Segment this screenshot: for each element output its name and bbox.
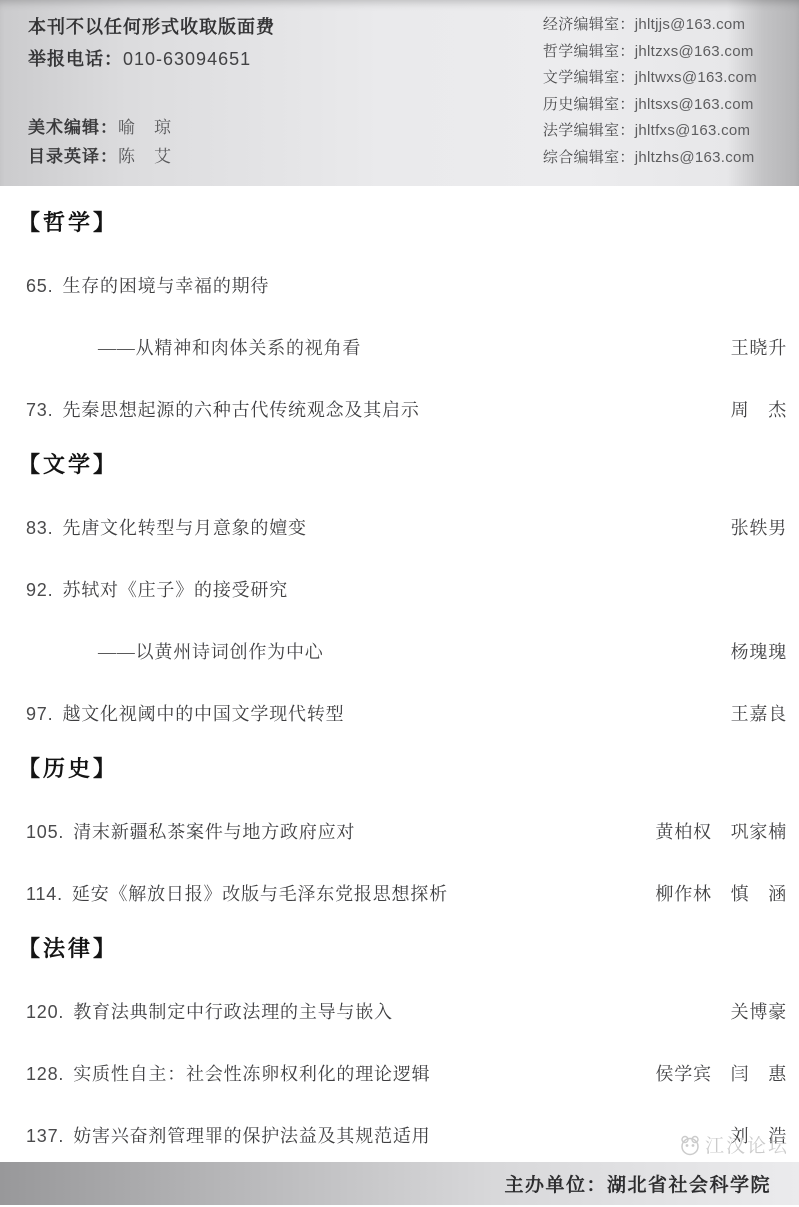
staff-block: 美术编辑：喻 琼 目录英译：陈 艾	[28, 113, 275, 171]
toc-subtitle-row: ——以黄州诗词创作为中心杨瑰瑰	[26, 638, 787, 666]
article-subtitle: ——以黄州诗词创作为中心	[26, 638, 324, 666]
article-entry: 92.苏轼对《庄子》的接受研究	[26, 576, 288, 604]
editorial-email-line-6: 综合编辑室：jhltzhs@163.com	[543, 150, 757, 166]
article-entry: 105.清末新疆私茶案件与地方政府应对	[26, 818, 355, 846]
editorial-email-line-1: 经济编辑室：jhltjjs@163.com	[543, 17, 757, 33]
email-address: jhltzhs@163.com	[635, 149, 755, 166]
article-title: 苏轼对《庄子》的接受研究	[62, 580, 288, 600]
article-title: 妨害兴奋剂管理罪的保护法益及其规范适用	[73, 1126, 430, 1146]
section-heading-law: 【法律】	[18, 934, 787, 964]
table-of-contents: 【哲学】65.生存的困境与幸福的期待——从精神和肉体关系的视角看王晓升73.先秦…	[0, 208, 799, 1150]
article-entry: 128.实质性自主：社会性冻卵权利化的理论逻辑	[26, 1060, 430, 1088]
article-entry: 114.延安《解放日报》改版与毛泽东党报思想探析	[26, 880, 448, 908]
organizer-text: 主办单位：湖北省社会科学院	[504, 1170, 771, 1197]
article-title: 实质性自主：社会性冻卵权利化的理论逻辑	[73, 1064, 430, 1084]
article-title: 教育法典制定中行政法理的主导与嵌入	[73, 1002, 393, 1022]
article-subtitle: ——从精神和肉体关系的视角看	[26, 334, 361, 362]
email-room-label: 历史编辑室：	[543, 96, 635, 113]
article-title: 生存的困境与幸福的期待	[62, 276, 269, 296]
article-title: 越文化视阈中的中国文学现代转型	[62, 704, 344, 724]
art-editor-name: 喻 琼	[118, 118, 172, 137]
report-phone-number: 010-63094651	[123, 49, 251, 69]
email-address: jhltzxs@163.com	[635, 43, 754, 60]
toc-item-row: 137.妨害兴奋剂管理罪的保护法益及其规范适用刘 浩	[26, 1122, 787, 1150]
article-entry: 137.妨害兴奋剂管理罪的保护法益及其规范适用	[26, 1122, 430, 1150]
toc-item-row: 105.清末新疆私茶案件与地方政府应对黄柏权 巩家楠	[26, 818, 787, 846]
article-entry: 83.先唐文化转型与月意象的嬗变	[26, 514, 307, 542]
article-page-number: 114.	[26, 884, 63, 904]
email-address: jhltwxs@163.com	[635, 69, 757, 86]
journal-toc-page: 本刊不以任何形式收取版面费 举报电话：010-63094651 美术编辑：喻 琼…	[0, 0, 799, 1207]
article-page-number: 128.	[26, 1064, 64, 1084]
email-address: jhltjjs@163.com	[635, 16, 746, 33]
article-entry: 120.教育法典制定中行政法理的主导与嵌入	[26, 998, 393, 1026]
article-page-number: 137.	[26, 1126, 64, 1146]
toc-subtitle-row: ——从精神和肉体关系的视角看王晓升	[26, 334, 787, 362]
toc-item-row: 73.先秦思想起源的六种古代传统观念及其启示周 杰	[26, 396, 787, 424]
toc-item-row: 92.苏轼对《庄子》的接受研究	[26, 576, 787, 604]
art-editor-label: 美术编辑：	[28, 118, 118, 137]
article-page-number: 105.	[26, 822, 64, 842]
article-title: 延安《解放日报》改版与毛泽东党报思想探析	[72, 884, 448, 904]
art-editor-line: 美术编辑：喻 琼	[28, 113, 275, 142]
toc-item-row: 97.越文化视阈中的中国文学现代转型王嘉良	[26, 700, 787, 728]
section-heading-literature: 【文学】	[18, 450, 787, 480]
toc-translator-name: 陈 艾	[118, 147, 172, 166]
toc-translator-line: 目录英译：陈 艾	[28, 142, 275, 171]
editorial-email-line-3: 文学编辑室：jhltwxs@163.com	[543, 70, 757, 86]
editorial-email-line-2: 哲学编辑室：jhltzxs@163.com	[543, 44, 757, 60]
email-room-label: 法学编辑室：	[543, 122, 635, 139]
email-room-label: 综合编辑室：	[543, 149, 635, 166]
article-authors: 刘 浩	[711, 1122, 787, 1150]
article-authors: 周 杰	[711, 396, 787, 424]
masthead: 本刊不以任何形式收取版面费 举报电话：010-63094651 美术编辑：喻 琼…	[0, 0, 799, 186]
article-authors: 王晓升	[711, 334, 787, 362]
toc-item-row: 114.延安《解放日报》改版与毛泽东党报思想探析柳作林 慎 涵	[26, 880, 787, 908]
article-page-number: 92.	[26, 580, 53, 600]
article-page-number: 65.	[26, 276, 53, 296]
article-authors: 杨瑰瑰	[711, 638, 787, 666]
article-title: 清末新疆私茶案件与地方政府应对	[73, 822, 355, 842]
editorial-emails: 经济编辑室：jhltjjs@163.com哲学编辑室：jhltzxs@163.c…	[543, 17, 757, 176]
toc-item-row: 65.生存的困境与幸福的期待	[26, 272, 787, 300]
email-address: jhltsxs@163.com	[635, 96, 754, 113]
email-room-label: 哲学编辑室：	[543, 43, 635, 60]
article-title: 先秦思想起源的六种古代传统观念及其启示	[62, 400, 419, 420]
report-phone-line: 举报电话：010-63094651	[28, 47, 275, 71]
article-authors: 侯学宾 闫 惠	[635, 1060, 787, 1088]
article-authors: 王嘉良	[711, 700, 787, 728]
no-fee-notice: 本刊不以任何形式收取版面费	[28, 15, 275, 39]
article-title: 先唐文化转型与月意象的嬗变	[62, 518, 306, 538]
editorial-email-line-4: 历史编辑室：jhltsxs@163.com	[543, 97, 757, 113]
toc-item-row: 83.先唐文化转型与月意象的嬗变张轶男	[26, 514, 787, 542]
article-page-number: 120.	[26, 1002, 64, 1022]
section-heading-philosophy: 【哲学】	[18, 208, 787, 238]
article-entry: 65.生存的困境与幸福的期待	[26, 272, 269, 300]
article-entry: 97.越文化视阈中的中国文学现代转型	[26, 700, 344, 728]
editorial-email-line-5: 法学编辑室：jhltfxs@163.com	[543, 123, 757, 139]
email-room-label: 经济编辑室：	[543, 16, 635, 33]
article-entry: 73.先秦思想起源的六种古代传统观念及其启示	[26, 396, 420, 424]
section-heading-history: 【历史】	[18, 754, 787, 784]
article-authors: 张轶男	[711, 514, 787, 542]
report-phone-label: 举报电话：	[28, 49, 123, 69]
email-room-label: 文学编辑室：	[543, 69, 635, 86]
article-authors: 柳作林 慎 涵	[635, 880, 787, 908]
article-page-number: 73.	[26, 400, 53, 420]
toc-item-row: 128.实质性自主：社会性冻卵权利化的理论逻辑侯学宾 闫 惠	[26, 1060, 787, 1088]
masthead-left: 本刊不以任何形式收取版面费 举报电话：010-63094651 美术编辑：喻 琼…	[28, 15, 275, 171]
article-authors: 关博豪	[711, 998, 787, 1026]
toc-item-row: 120.教育法典制定中行政法理的主导与嵌入关博豪	[26, 998, 787, 1026]
article-page-number: 83.	[26, 518, 53, 538]
footer-bar: 主办单位：湖北省社会科学院	[0, 1162, 799, 1205]
article-authors: 黄柏权 巩家楠	[635, 818, 787, 846]
email-address: jhltfxs@163.com	[635, 122, 751, 139]
article-page-number: 97.	[26, 704, 53, 724]
toc-translator-label: 目录英译：	[28, 147, 118, 166]
